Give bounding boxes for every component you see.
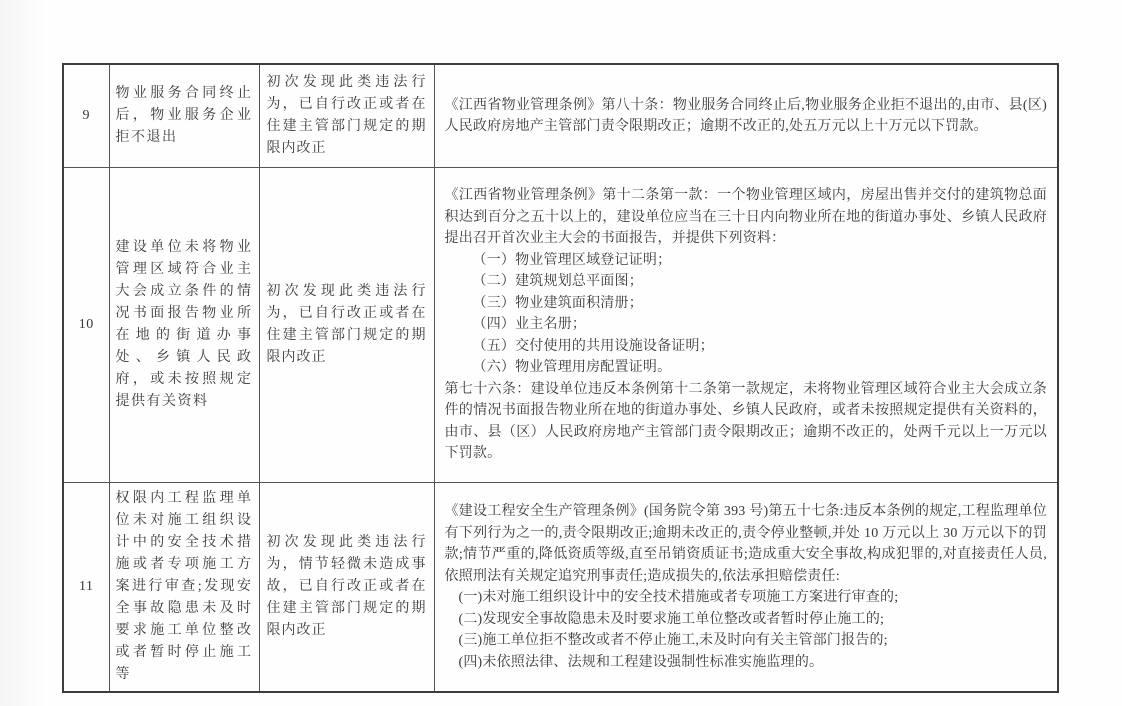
cell-legal-basis: 《建设工程安全生产管理条例》(国务院令第 393 号)第五十七条:违反本条例的规… [434, 483, 1058, 693]
penalty-table-body: 9物业服务合同终止后，物业服务企业拒不退出初次发现此类违法行为，已自行改正或者在… [63, 64, 1058, 692]
legal-list-item: （五）交付使用的共用设施设备证明； [445, 336, 1048, 358]
legal-list-item: （一）物业管理区域登记证明； [445, 250, 1048, 272]
legal-paragraph: 第七十六条：建设单位违反本条例第十二条第一款规定，未将物业管理区域符合业主大会成… [445, 379, 1048, 465]
cell-row-number: 9 [63, 64, 109, 168]
legal-paragraph: 《江西省物业管理条例》第八十条：物业服务合同终止后,物业服务企业拒不退出的,由市… [445, 95, 1048, 138]
cell-violation: 建设单位未将物业管理区域符合业主大会成立条件的情况书面报告物业所在地的街道办事处… [109, 168, 259, 483]
legal-paragraph: 《建设工程安全生产管理条例》(国务院令第 393 号)第五十七条:违反本条例的规… [445, 501, 1048, 587]
legal-list-item: （六）物业管理用房配置证明。 [445, 357, 1048, 379]
cell-row-number: 11 [63, 483, 109, 693]
legal-paragraph: 《江西省物业管理条例》第十二条第一款：一个物业管理区域内，房屋出售并交付的建筑物… [445, 185, 1048, 250]
legal-list-item: (二)发现安全事故隐患未及时要求施工单位整改或者暂时停止施工的; [445, 609, 1048, 631]
table-row: 9物业服务合同终止后，物业服务企业拒不退出初次发现此类违法行为，已自行改正或者在… [63, 64, 1058, 168]
cell-violation: 物业服务合同终止后，物业服务企业拒不退出 [109, 64, 259, 168]
table-row: 10建设单位未将物业管理区域符合业主大会成立条件的情况书面报告物业所在地的街道办… [63, 168, 1058, 483]
cell-condition: 初次发现此类违法行为，情节轻微未造成事故，已自行改正或者在住建主管部门规定的期限… [259, 483, 434, 693]
legal-list-item: (四)未依照法律、法规和工程建设强制性标准实施监理的。 [445, 652, 1048, 674]
legal-list-item: (一)未对施工组织设计中的安全技术措施或者专项施工方案进行审查的; [445, 587, 1048, 609]
legal-list-item: (三)施工单位拒不整改或者不停止施工,未及时向有关主管部门报告的; [445, 630, 1048, 652]
legal-list-item: （三）物业建筑面积清册； [445, 293, 1048, 315]
cell-row-number: 10 [63, 168, 109, 483]
cell-legal-basis: 《江西省物业管理条例》第十二条第一款：一个物业管理区域内，房屋出售并交付的建筑物… [434, 168, 1058, 483]
table-row: 11权限内工程监理单位未对施工组织设计中的安全技术措施或者专项施工方案进行审查;… [63, 483, 1058, 693]
legal-list-item: （四）业主名册； [445, 314, 1048, 336]
scanned-page: 9物业服务合同终止后，物业服务企业拒不退出初次发现此类违法行为，已自行改正或者在… [0, 0, 1122, 706]
cell-condition: 初次发现此类违法行为，已自行改正或者在住建主管部门规定的期限内改正 [259, 168, 434, 483]
cell-violation: 权限内工程监理单位未对施工组织设计中的安全技术措施或者专项施工方案进行审查;发现… [109, 483, 259, 693]
penalty-table: 9物业服务合同终止后，物业服务企业拒不退出初次发现此类违法行为，已自行改正或者在… [62, 63, 1059, 693]
cell-condition: 初次发现此类违法行为，已自行改正或者在住建主管部门规定的期限内改正 [259, 64, 434, 168]
cell-legal-basis: 《江西省物业管理条例》第八十条：物业服务合同终止后,物业服务企业拒不退出的,由市… [434, 64, 1058, 168]
legal-list-item: （二）建筑规划总平面图； [445, 271, 1048, 293]
